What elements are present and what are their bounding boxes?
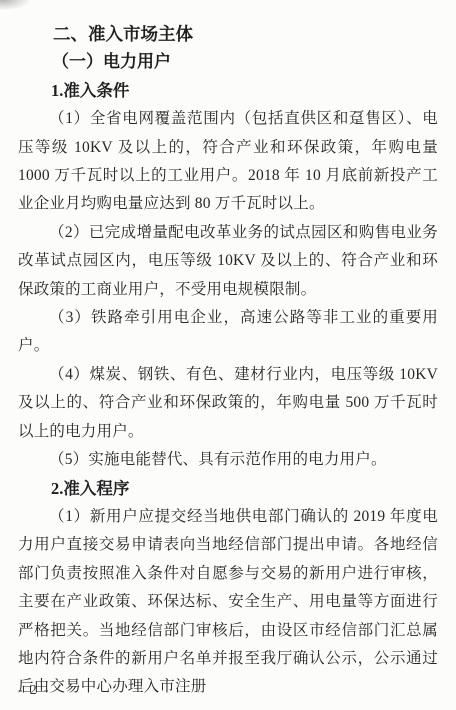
- paragraph-condition-1: （1）全省电网覆盖范围内（包括直供区和趸售区）、电压等级 10KV 及以上的，符…: [18, 105, 438, 219]
- paragraph-procedure-1: （1）新用户应提交经当地供电部门确认的 2019 年度电力用户直接交易申请表向当…: [18, 503, 438, 702]
- document-body: 二、准入市场主体 （一）电力用户 1.准入条件 （1）全省电网覆盖范围内（包括直…: [0, 0, 456, 702]
- page-number: - 2 -: [18, 682, 51, 698]
- section-heading-market-entities: 二、准入市场主体: [18, 20, 438, 48]
- paragraph-condition-2: （2）已完成增量配电改革业务的试点园区和购售电业务改革试点园区内，电压等级 10…: [18, 219, 438, 304]
- subsection-heading-power-users: （一）电力用户: [18, 48, 438, 76]
- scanned-document-page: 二、准入市场主体 （一）电力用户 1.准入条件 （1）全省电网覆盖范围内（包括直…: [0, 0, 456, 710]
- paragraph-condition-3: （3）铁路牵引用电企业，高速公路等非工业的重要用户。: [18, 304, 438, 361]
- item-heading-access-conditions: 1.准入条件: [18, 77, 438, 105]
- paragraph-condition-4: （4）煤炭、钢铁、有色、建材行业内，电压等级 10KV 及以上的、符合产业和环保…: [18, 361, 438, 446]
- paragraph-condition-5: （5）实施电能替代、具有示范作用的电力用户。: [18, 446, 438, 474]
- item-heading-access-procedure: 2.准入程序: [18, 475, 438, 503]
